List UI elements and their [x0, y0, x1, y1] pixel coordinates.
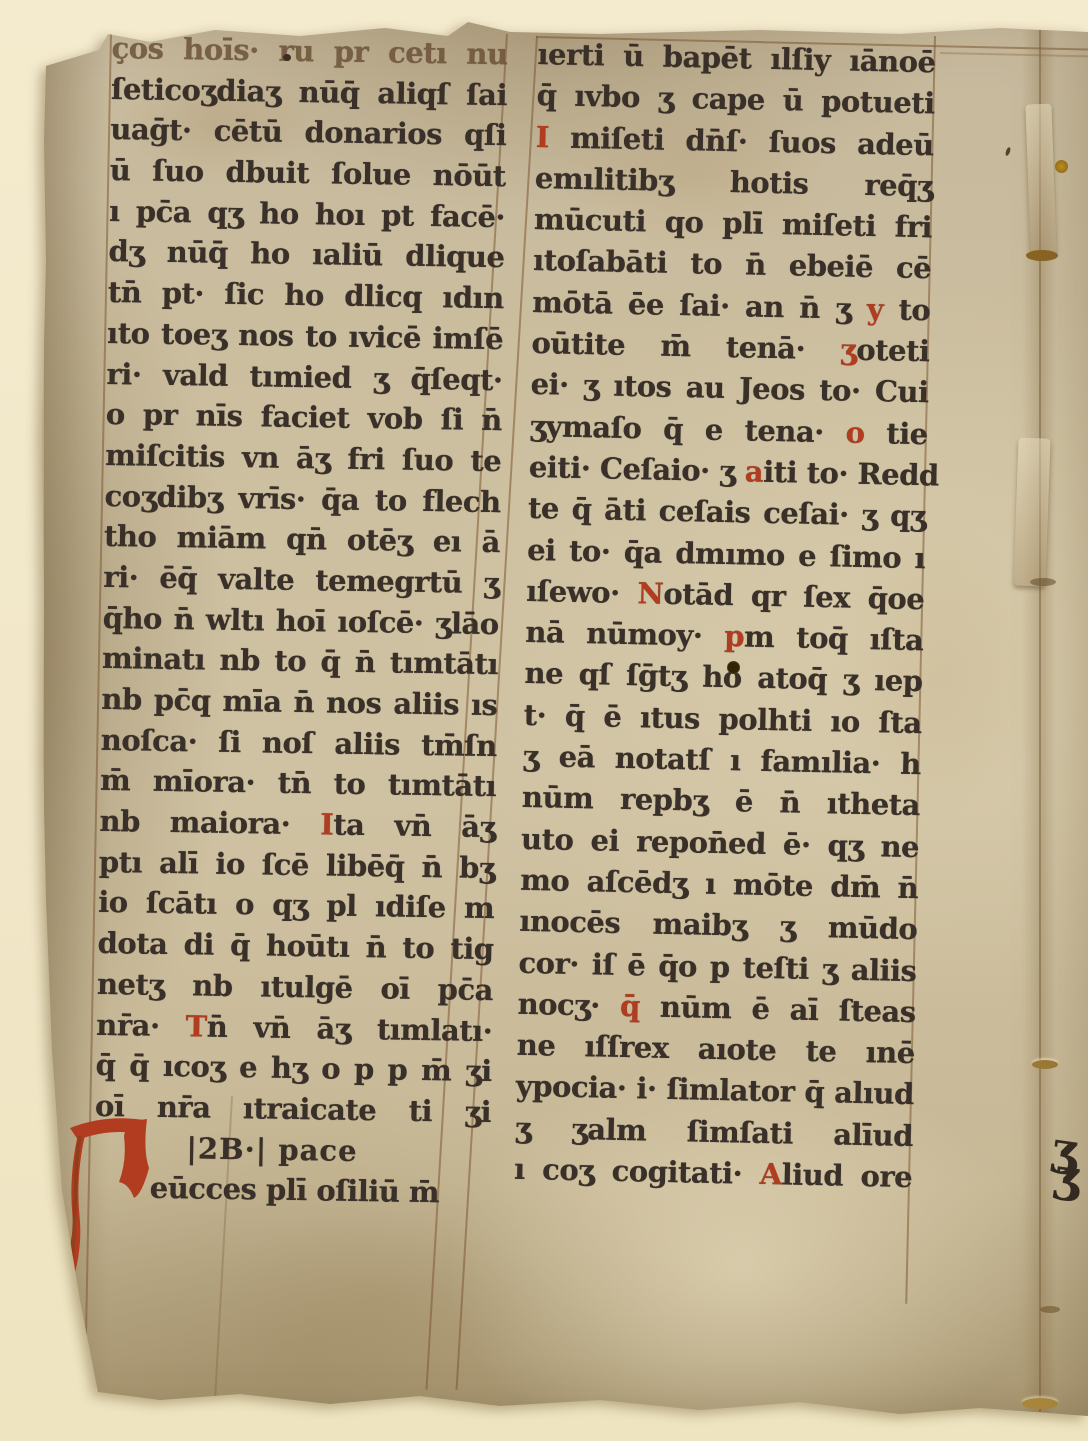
text-line: nūm repbʒ ē n̄ ıtheta — [522, 777, 921, 827]
sewing-slit — [1030, 578, 1056, 586]
text-line: ços hoīs· ru pr cetı nu — [111, 28, 508, 75]
ruling-line-col2-left — [456, 36, 538, 1390]
text-line: ptı alī io ſcē libēq̄ n̄ bʒ — [99, 842, 496, 889]
text-line: coʒdibʒ vrīs· q̄a to flech — [104, 476, 501, 523]
leaf-shadow-wrap: ços hoīs· ru pr cetı nuſeticoʒdiaʒ nūq̄ … — [0, 0, 1088, 1441]
text-line: cor· iſ ē q̄o p teſti ʒ aliis — [518, 942, 917, 992]
text-line: nā nūmoy· pm toq̄ ıſta — [525, 612, 924, 662]
text-line: nr̄a· Tn̄ vn̄ āʒ tımlatı· — [96, 1004, 493, 1051]
ink-speck — [1005, 147, 1012, 157]
text-line: t· q̄ ē ıtus polhti ıo ſta — [523, 695, 922, 745]
sewing-slit — [1026, 250, 1058, 261]
text-line: m̄ mīora· tn̄ to tımtātı — [100, 760, 497, 807]
text-column-2: ıerti ū bapēt ılſiy ıānoēq̄ ıvbo ʒ cape … — [514, 34, 936, 1198]
text-line: te q̄ āti ceſais ceſai· ʒ qʒ — [528, 488, 927, 538]
wormhole — [727, 661, 740, 674]
text-line: uaḡt· cētū donarios qſi — [110, 109, 507, 156]
scallop-flourish — [32, 1273, 56, 1400]
text-line: ınocēs maibʒ ʒ mūdo — [519, 901, 918, 951]
text-line: ne qſ ſḡtʒ ho atoq̄ ʒ ıep — [524, 653, 923, 703]
text-line: ypocia· i· ſimlator q̄ alıud — [516, 1066, 915, 1116]
left-margin-stain — [44, 40, 110, 1392]
parchment-stain — [830, 520, 1050, 820]
text-line: ʒ ʒalm ſimſati alīud — [515, 1107, 914, 1157]
text-line: dota di q̄ hoūtı n̄ to tig — [97, 923, 494, 970]
text-line: nb pc̄q mīa n̄ nos aliis ıs — [101, 679, 498, 726]
facing-page-ink-fragment: ʒ — [1048, 1120, 1081, 1177]
text-line: mūcuti qo plī miſeti fri — [534, 199, 933, 249]
text-line: tho miām qn̄ otēʒ eı ā — [104, 516, 501, 563]
text-line: ʒ eā notatſ ı famılia· h — [522, 736, 921, 786]
text-line: oūtite m̄ tenā· ʒoteti — [531, 323, 930, 373]
sewing-slit — [1022, 1398, 1058, 1409]
text-line: |2B·| pace — [94, 1126, 491, 1173]
ruling-line-col1-right — [425, 34, 507, 1390]
text-line: dʒ nūq̄ ho ıaliū dlique — [108, 231, 505, 278]
text-line: eiti· Ceſaio· ʒ aiti to· Redd — [528, 447, 927, 497]
ruling-line-col2-right — [905, 36, 935, 1304]
parchment-flap — [1013, 437, 1050, 586]
text-line: uto ei repon̄ed ē· qʒ ne — [521, 818, 920, 868]
text-line: ne ıſſrex aıote te ınē — [516, 1025, 915, 1075]
text-line: I miſeti dn̄ſ· ſuos adeū — [535, 117, 934, 167]
text-line: o pr nīs faciet vob ſi n̄ — [106, 394, 503, 441]
text-line: oī nr̄a ıtraicate ti ʒi — [95, 1086, 492, 1133]
ink-speck — [283, 54, 291, 61]
photo-mat: ços hoīs· ru pr cetı nuſeticoʒdiaʒ nūq̄ … — [0, 0, 1088, 1441]
text-line: ıtoſabāti to n̄ ebeiē cē — [533, 240, 932, 290]
text-column-1: ços hoīs· ru pr cetı nuſeticoʒdiaʒ nūq̄ … — [93, 28, 507, 1214]
text-line: io ſcātı o qʒ pl ıdiſe m — [98, 882, 495, 929]
text-line: ʒymaſo q̄ e tena· o tie — [529, 406, 928, 456]
sewing-slit — [1032, 1060, 1058, 1069]
crease-line — [214, 1096, 233, 1400]
parchment-stain — [210, 1210, 550, 1390]
text-line: nb maiora· Ita vn̄ āʒ — [99, 801, 496, 848]
binding-fold-crease — [1039, 30, 1041, 1412]
initial-N-penwork — [30, 1106, 160, 1406]
sewing-hole-dot — [1055, 160, 1068, 173]
text-line: ri· ēq̄ valte temegrtū ʒ — [103, 557, 500, 604]
text-line: ı pc̄a qʒ ho hoı pt facē· — [109, 191, 506, 238]
text-line: q̄ ıvbo ʒ cape ū potueti — [536, 75, 935, 125]
text-line: ıſewo· Notād qr ſex q̄oe — [526, 571, 925, 621]
ruling-line-col1-left — [84, 32, 112, 1390]
text-line: q̄ q̄ ıcoʒ e hʒ o p p m̄ ʒi — [95, 1045, 492, 1092]
text-line: noſca· ſi noſ aliis tm̄ſn — [100, 720, 497, 767]
text-line: eūcces plī oſiliū m̄ — [93, 1167, 490, 1214]
parchment-flap — [1025, 104, 1056, 255]
text-line: tn̄ pt· ſic ho dlicq ıdın — [108, 272, 505, 319]
text-line: ei· ʒ ıtos au Jeos to· Cui — [530, 364, 929, 414]
binding-fold-band — [1022, 30, 1056, 1412]
ruling-line-top — [536, 36, 1088, 50]
parchment-stain — [120, 70, 310, 180]
text-line: ıto toeʒ nos to ıvicē imſē — [107, 313, 504, 360]
text-line: mo aſcēdʒ ı mōte dm̄ n̄ — [520, 860, 919, 910]
text-line: ıerti ū bapēt ılſiy ıānoē — [537, 34, 936, 84]
sewing-slit — [1040, 1306, 1060, 1313]
text-line: ū ſuo dbuit ſolue nōūt — [109, 150, 506, 197]
text-line: ei to· q̄a dmımo e ſimo ı — [527, 529, 926, 579]
manuscript-leaf: ços hoīs· ru pr cetı nuſeticoʒdiaʒ nūq̄ … — [0, 0, 1088, 1441]
text-line: nocʒ· q̄ nūm ē aī ſteas — [517, 984, 916, 1034]
text-line: ri· vald tımied ʒ q̄ſeqt· — [106, 353, 503, 400]
text-line: ſeticoʒdiaʒ nūq̄ aliqſ ſai — [111, 69, 508, 116]
text-line: q̄ho n̄ wltı hoī ıoſcē· ʒlāo — [102, 598, 499, 645]
text-line: emılitibʒ hotis req̄ʒ — [535, 158, 934, 208]
text-line: minatı nb to q̄ n̄ tımtātı — [102, 638, 499, 685]
ruling-line-top-right — [940, 52, 1088, 57]
text-line: miſcitis vn āʒ fri ſuo te — [105, 435, 502, 482]
text-line: mōtā ēe ſai· an n̄ ʒ y to — [532, 282, 931, 332]
text-line: netʒ nb ıtulgē oī pc̄a — [97, 964, 494, 1011]
parchment-stain — [560, 100, 840, 250]
text-line: ı coʒ cogitati· Aliud ore — [514, 1149, 913, 1199]
